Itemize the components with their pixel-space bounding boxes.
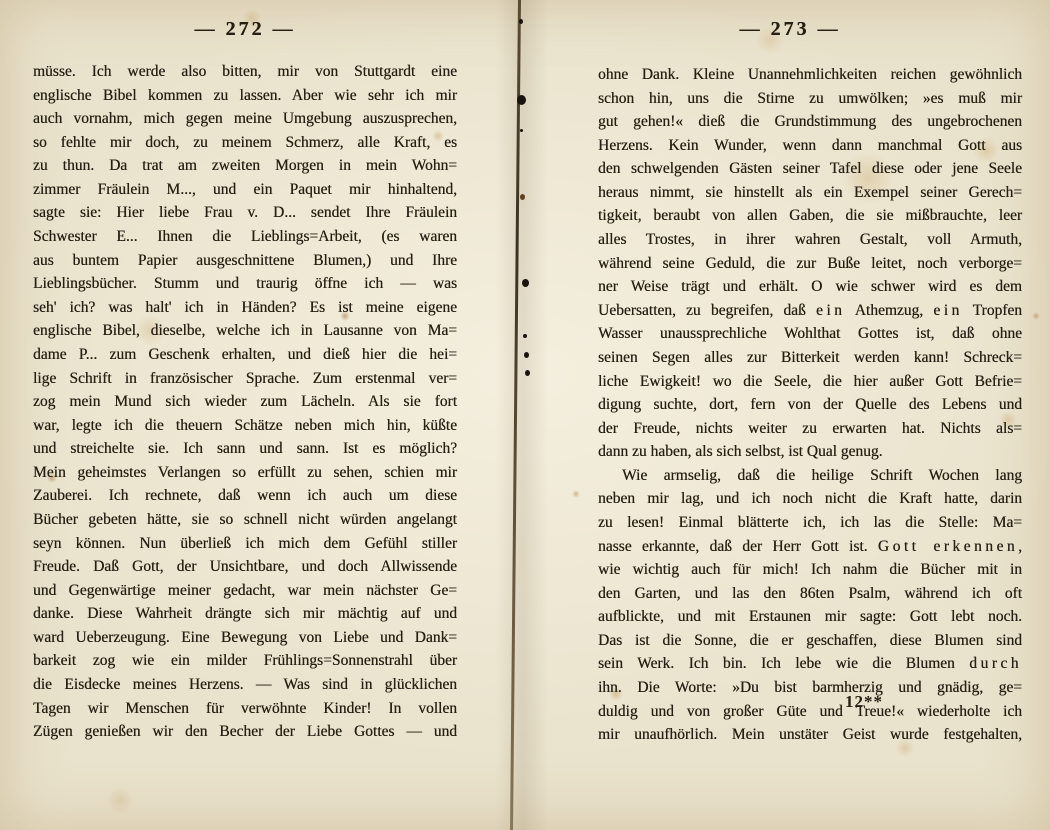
text-block-right: ohne Dank. Kleine Unannehmlichkeiten rei… [598, 63, 1022, 747]
text-line: Tagen wir Menschen für verwöhnte Kinder!… [33, 697, 457, 721]
text-line: Wie armselig, daß die heilige Schrift Wo… [598, 464, 1022, 488]
text-line: barkeit zog wie ein milder Frühlings=Son… [33, 649, 457, 673]
text-line: seh' ich? was halt' ich in Händen? Es is… [33, 296, 457, 320]
text-line: und Gegenwärtige meiner gedacht, war mei… [33, 579, 457, 603]
text-line: duldig und von großer Güte und Treue!« w… [598, 700, 1022, 724]
text-line: Zügen genießen wir den Becher der Liebe … [33, 720, 457, 744]
text-line: englische Bibel, dieselbe, welche ich in… [33, 319, 457, 343]
text-line: auch vornahm, mich gegen meine Umgebung … [33, 107, 457, 131]
page-number-left: — 272 — [35, 18, 455, 41]
text-line: sagte sie: Hier liebe Frau v. D... sende… [33, 201, 457, 225]
ink-spot [524, 352, 529, 358]
text-line: ohne Dank. Kleine Unannehmlichkeiten rei… [598, 63, 1022, 87]
ink-spot [523, 334, 527, 338]
book-scan: — 272 — müsse. Ich werde also bitten, mi… [0, 0, 1050, 830]
text-line: Bücher gebeten hätte, sie so schnell nic… [33, 508, 457, 532]
text-line: aufblickte, und mit Erstaunen mir sagte:… [598, 605, 1022, 629]
emphasized-text: ein [933, 302, 962, 319]
text-line: müsse. Ich werde also bitten, mir von St… [33, 60, 457, 84]
text-line: Schwester E... Ihnen die Lieblings=Arbei… [33, 225, 457, 249]
page-number-right: — 273 — [580, 18, 1000, 41]
text-line: zog mein Mund sich wieder zum Lächeln. A… [33, 390, 457, 414]
text-line: Wasser unaussprechliche Wohlthat Gottes … [598, 322, 1022, 346]
text-line: zimmer Fräulein M..., und ein Paquet mir… [33, 178, 457, 202]
text-line: gut gehen!« dieß die Grundstimmung des u… [598, 110, 1022, 134]
ink-spot [520, 194, 525, 200]
text-line: wie wichtig auch für mich! Ich nahm die … [598, 558, 1022, 582]
text-block-left: müsse. Ich werde also bitten, mir von St… [33, 60, 457, 744]
text-line: den Garten, und las den 86ten Psalm, wäh… [598, 582, 1022, 606]
text-line: ihn. Die Worte: »Du bist barmherzig und … [598, 676, 1022, 700]
text-line: den schwelgenden Gästen seiner Tafel die… [598, 157, 1022, 181]
gutter-shadow [496, 0, 548, 830]
text-line: die Eisdecke meines Herzens. — Was sind … [33, 673, 457, 697]
text-line: ner Weise trägt und erhält. O wie schwer… [598, 275, 1022, 299]
text-line: seyn können. Nun überließ ich mich dem G… [33, 532, 457, 556]
text-line: ward Ueberzeugung. Eine Bewegung von Lie… [33, 626, 457, 650]
text-line: liche Ewigkeit! wo die Seele, die hier a… [598, 370, 1022, 394]
text-line: zu thun. Da trat am zweiten Morgen in me… [33, 154, 457, 178]
text-line: Mein geheimstes Verlangen so erfüllt zu … [33, 461, 457, 485]
text-line: digung suchte, dort, fern von der Quelle… [598, 393, 1022, 417]
text-line: schon hin, uns die Stirne zu umwölken; »… [598, 87, 1022, 111]
page-right: — 273 — ohne Dank. Kleine Unannehmlichke… [520, 0, 1050, 830]
text-line: Herzens. Kein Wunder, wenn dann manchmal… [598, 134, 1022, 158]
text-line: aus buntem Papier ausgeschnittene Blumen… [33, 249, 457, 273]
ink-spot [520, 129, 523, 132]
text-line: sein Werk. Ich bin. Ich lebe wie die Blu… [598, 652, 1022, 676]
text-line: Das ist die Sonne, die er geschaffen, di… [598, 629, 1022, 653]
ink-spot [519, 19, 523, 24]
signature-mark: 12** [845, 692, 883, 712]
text-line: nasse erkannte, daß der Herr Gott ist. G… [598, 535, 1022, 559]
text-line: Zauberei. Ich rechnete, daß wenn ich auc… [33, 484, 457, 508]
text-line: Freude. Daß Gott, der Unsichtbare, und d… [33, 555, 457, 579]
ink-spot [522, 279, 529, 287]
text-line: Uebersatten, zu begreifen, daß ein Athem… [598, 299, 1022, 323]
ink-spot [525, 370, 530, 376]
text-line: und streichelte sie. Ich sann und sann. … [33, 437, 457, 461]
text-line: Lieblingsbücher. Stumm und traurig öffne… [33, 272, 457, 296]
emphasized-text: durch [969, 655, 1022, 672]
text-line: danke. Diese Wahrheit drängte sich mir m… [33, 602, 457, 626]
text-line: mir unaufhörlich. Mein unstäter Geist wu… [598, 723, 1022, 747]
text-line: englische Bibel kommen zu lassen. Aber w… [33, 84, 457, 108]
text-line: der Freude, nichts weiter zu erwarten ha… [598, 417, 1022, 441]
ink-spot [517, 95, 526, 105]
text-line: seinen Segen alles zur Bitterkeit werden… [598, 346, 1022, 370]
page-left: — 272 — müsse. Ich werde also bitten, mi… [0, 0, 520, 830]
text-line: zu lesen! Einmal blätterte ich, ich las … [598, 511, 1022, 535]
text-line: heraus nimmt, sie hinstellt als ein Exem… [598, 181, 1022, 205]
emphasized-text: ein [816, 302, 845, 319]
text-line: tigkeit, beraubt von allen Gaben, die si… [598, 204, 1022, 228]
emphasized-text: Gott erkennen [878, 538, 1018, 555]
text-line: war, legte ich die theuern Schätze neben… [33, 414, 457, 438]
text-line: während seine Geduld, die zur Buße leite… [598, 252, 1022, 276]
text-line: neben mir lag, und ich noch nicht die Kr… [598, 487, 1022, 511]
text-line: lige Schrift in französischer Sprache. Z… [33, 367, 457, 391]
text-line: dann zu haben, als sich selbst, ist Qual… [598, 440, 1022, 464]
text-line: alles Trostes, in ihrer wahren Gestalt, … [598, 228, 1022, 252]
text-line: so fehlte mir doch, zu meinem Schmerz, a… [33, 131, 457, 155]
text-line: dame P... zum Geschenk erhalten, und die… [33, 343, 457, 367]
